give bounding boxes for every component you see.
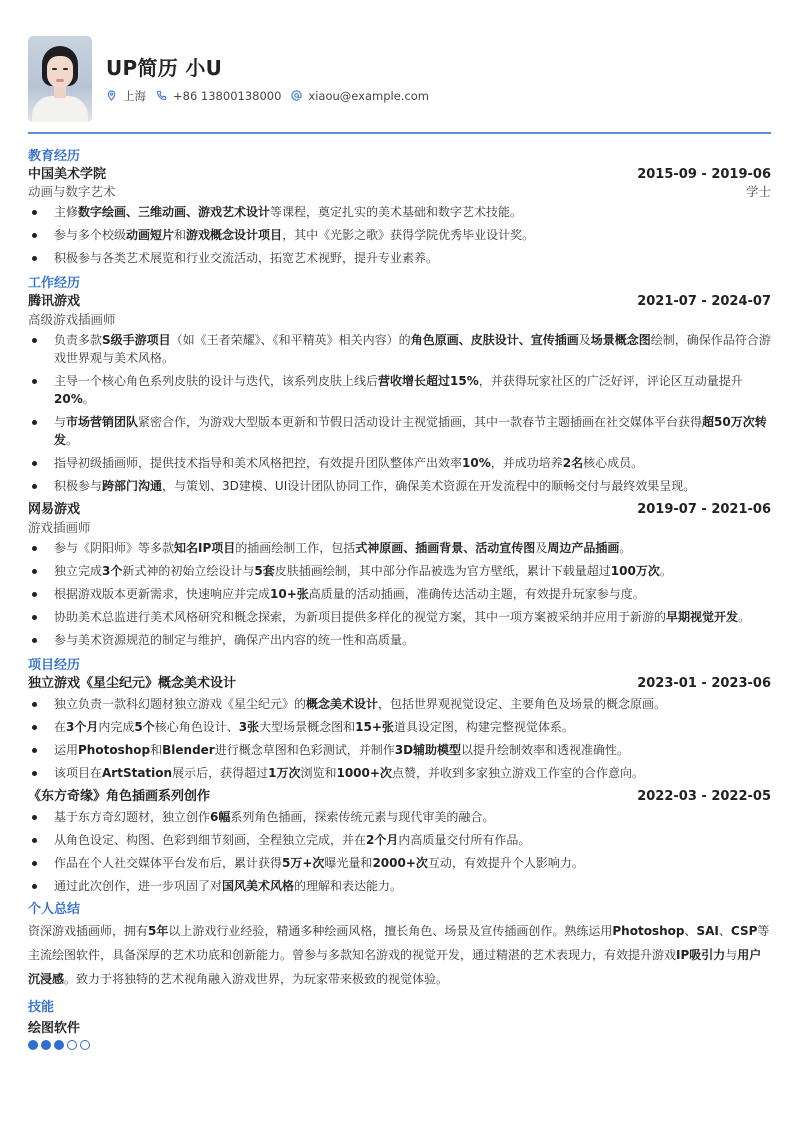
bullet-item: 参与美术资源规范的制定与维护，确保产出内容的统一性和高质量。 — [28, 631, 771, 649]
bullet-item: 参与多个校级动画短片和游戏概念设计项目，其中《光影之歌》获得学院优秀毕业设计奖。 — [28, 226, 771, 244]
bullet-item: 积极参与跨部门沟通，与策划、3D建模、UI设计团队协同工作，确保美术资源在开发流… — [28, 477, 771, 495]
bullet-item: 指导初级插画师，提供技术指导和美术风格把控，有效提升团队整体产出效率10%，并成… — [28, 454, 771, 472]
bullet-item: 积极参与各类艺术展览和行业交流活动，拓宽艺术视野，提升专业素养。 — [28, 249, 771, 267]
project-name: 《东方奇缘》角色插画系列创作 — [28, 788, 210, 805]
phone-text: +86 13800138000 — [173, 89, 281, 103]
avatar — [28, 36, 92, 122]
bullet-item: 主导一个核心角色系列皮肤的设计与迭代，该系列皮肤上线后营收增长超过15%，并获得… — [28, 372, 771, 408]
candidate-name: UP简历 小U — [106, 55, 439, 81]
major: 动画与数字艺术 — [28, 183, 116, 200]
summary-section: 个人总结 资深游戏插画师，拥有5年以上游戏行业经验，精通多种绘画风格，擅长角色、… — [28, 901, 771, 991]
section-title-projects: 项目经历 — [28, 657, 771, 675]
bullet-item: 基于东方奇幻题材，独立创作6幅系列角色插画，探索传统元素与现代审美的融合。 — [28, 808, 771, 826]
work-bullets: 参与《阴阳师》等多款知名IP项目的插画绘制工作，包括式神原画、插画背景、活动宣传… — [28, 539, 771, 649]
map-pin-icon — [106, 90, 117, 101]
bullet-item: 从角色设定、构图、色彩到细节刻画，全程独立完成，并在2个月内高质量交付所有作品。 — [28, 831, 771, 849]
rating-dot-filled — [28, 1040, 38, 1050]
bullet-item: 在3个月内完成5个核心角色设计、3张大型场景概念图和15+张道具设定图，构建完整… — [28, 718, 771, 736]
project-entry: 《东方奇缘》角色插画系列创作 2022-03 - 2022-05 基于东方奇幻题… — [28, 788, 771, 895]
work-section: 工作经历 腾讯游戏 2021-07 - 2024-07 高级游戏插画师 负责多款… — [28, 275, 771, 649]
degree: 学士 — [746, 183, 771, 200]
resume-header: UP简历 小U 上海 +86 13800138000 xiaou@example… — [28, 0, 771, 130]
section-title-summary: 个人总结 — [28, 901, 771, 919]
skill-level-rating — [28, 1040, 771, 1050]
bullet-item: 与市场营销团队紧密合作，为游戏大型版本更新和节假日活动设计主视觉插画，其中一款春… — [28, 413, 771, 449]
summary-text: 资深游戏插画师，拥有5年以上游戏行业经验，精通多种绘画风格，擅长角色、场景及宣传… — [28, 919, 771, 991]
contact-location: 上海 — [106, 88, 146, 104]
project-bullets: 基于东方奇幻题材，独立创作6幅系列角色插画，探索传统元素与现代审美的融合。从角色… — [28, 808, 771, 895]
project-name: 独立游戏《星尘纪元》概念美术设计 — [28, 675, 236, 692]
work-bullets: 负责多款S级手游项目（如《王者荣耀》、《和平精英》相关内容）的角色原画、皮肤设计… — [28, 331, 771, 495]
bullet-item: 通过此次创作，进一步巩固了对国风美术风格的理解和表达能力。 — [28, 877, 771, 895]
bullet-item: 负责多款S级手游项目（如《王者荣耀》、《和平精英》相关内容）的角色原画、皮肤设计… — [28, 331, 771, 367]
project-date: 2023-01 - 2023-06 — [637, 675, 771, 692]
job-role: 游戏插画师 — [28, 518, 771, 536]
section-title-education: 教育经历 — [28, 148, 771, 166]
work-date: 2019-07 - 2021-06 — [637, 501, 771, 518]
work-date: 2021-07 - 2024-07 — [637, 293, 771, 310]
project-bullets: 独立负责一款科幻题材独立游戏《星尘纪元》的概念美术设计，包括世界观视觉设定、主要… — [28, 695, 771, 782]
bullet-item: 运用Photoshop和Blender进行概念草图和色彩测试，并制作3D辅助模型… — [28, 741, 771, 759]
project-date: 2022-03 - 2022-05 — [637, 788, 771, 805]
education-date: 2015-09 - 2019-06 — [637, 166, 771, 183]
resume-page: UP简历 小U 上海 +86 13800138000 xiaou@example… — [0, 0, 799, 1130]
bullet-item: 该项目在ArtStation展示后，获得超过1万次浏览和1000+次点赞，并收到… — [28, 764, 771, 782]
rating-dot-empty — [80, 1040, 90, 1050]
education-section: 教育经历 中国美术学院 2015-09 - 2019-06 动画与数字艺术 学士… — [28, 148, 771, 267]
work-entry-netease: 网易游戏 2019-07 - 2021-06 游戏插画师 参与《阴阳师》等多款知… — [28, 501, 771, 649]
bullet-item: 根据游戏版本更新需求，快速响应并完成10+张高质量的活动插画，准确传达活动主题，… — [28, 585, 771, 603]
rating-dot-filled — [54, 1040, 64, 1050]
section-title-work: 工作经历 — [28, 275, 771, 293]
email-text: xiaou@example.com — [308, 89, 429, 103]
contact-email: xiaou@example.com — [291, 89, 429, 103]
bullet-item: 独立负责一款科幻题材独立游戏《星尘纪元》的概念美术设计，包括世界观视觉设定、主要… — [28, 695, 771, 713]
company-name: 网易游戏 — [28, 501, 80, 518]
school-name: 中国美术学院 — [28, 166, 106, 183]
project-entry: 独立游戏《星尘纪元》概念美术设计 2023-01 - 2023-06 独立负责一… — [28, 675, 771, 782]
skills-section: 技能 绘图软件 — [28, 999, 771, 1050]
rating-dot-empty — [67, 1040, 77, 1050]
work-entry-tencent: 腾讯游戏 2021-07 - 2024-07 高级游戏插画师 负责多款S级手游项… — [28, 293, 771, 495]
bullet-item: 作品在个人社交媒体平台发布后，累计获得5万+次曝光量和2000+次互动，有效提升… — [28, 854, 771, 872]
bullet-item: 参与《阴阳师》等多款知名IP项目的插画绘制工作，包括式神原画、插画背景、活动宣传… — [28, 539, 771, 557]
bullet-item: 独立完成3个新式神的初始立绘设计与5套皮肤插画绘制，其中部分作品被选为官方壁纸，… — [28, 562, 771, 580]
projects-section: 项目经历 独立游戏《星尘纪元》概念美术设计 2023-01 - 2023-06 … — [28, 657, 771, 895]
job-role: 高级游戏插画师 — [28, 310, 771, 328]
bullet-item: 主修数字绘画、三维动画、游戏艺术设计等课程，奠定扎实的美术基础和数字艺术技能。 — [28, 203, 771, 221]
skill-item: 绘图软件 — [28, 1017, 771, 1050]
education-bullets: 主修数字绘画、三维动画、游戏艺术设计等课程，奠定扎实的美术基础和数字艺术技能。参… — [28, 203, 771, 267]
at-sign-icon — [291, 90, 302, 101]
header-divider — [28, 132, 771, 134]
section-title-skills: 技能 — [28, 999, 771, 1017]
company-name: 腾讯游戏 — [28, 293, 80, 310]
location-text: 上海 — [123, 88, 146, 104]
skill-name: 绘图软件 — [28, 1017, 771, 1036]
phone-icon — [156, 90, 167, 101]
bullet-item: 协助美术总监进行美术风格研究和概念探索，为新项目提供多样化的视觉方案，其中一项方… — [28, 608, 771, 626]
contact-phone: +86 13800138000 — [156, 89, 281, 103]
contact-info: 上海 +86 13800138000 xiaou@example.com — [106, 88, 439, 104]
education-entry: 中国美术学院 2015-09 - 2019-06 动画与数字艺术 学士 主修数字… — [28, 166, 771, 267]
rating-dot-filled — [41, 1040, 51, 1050]
